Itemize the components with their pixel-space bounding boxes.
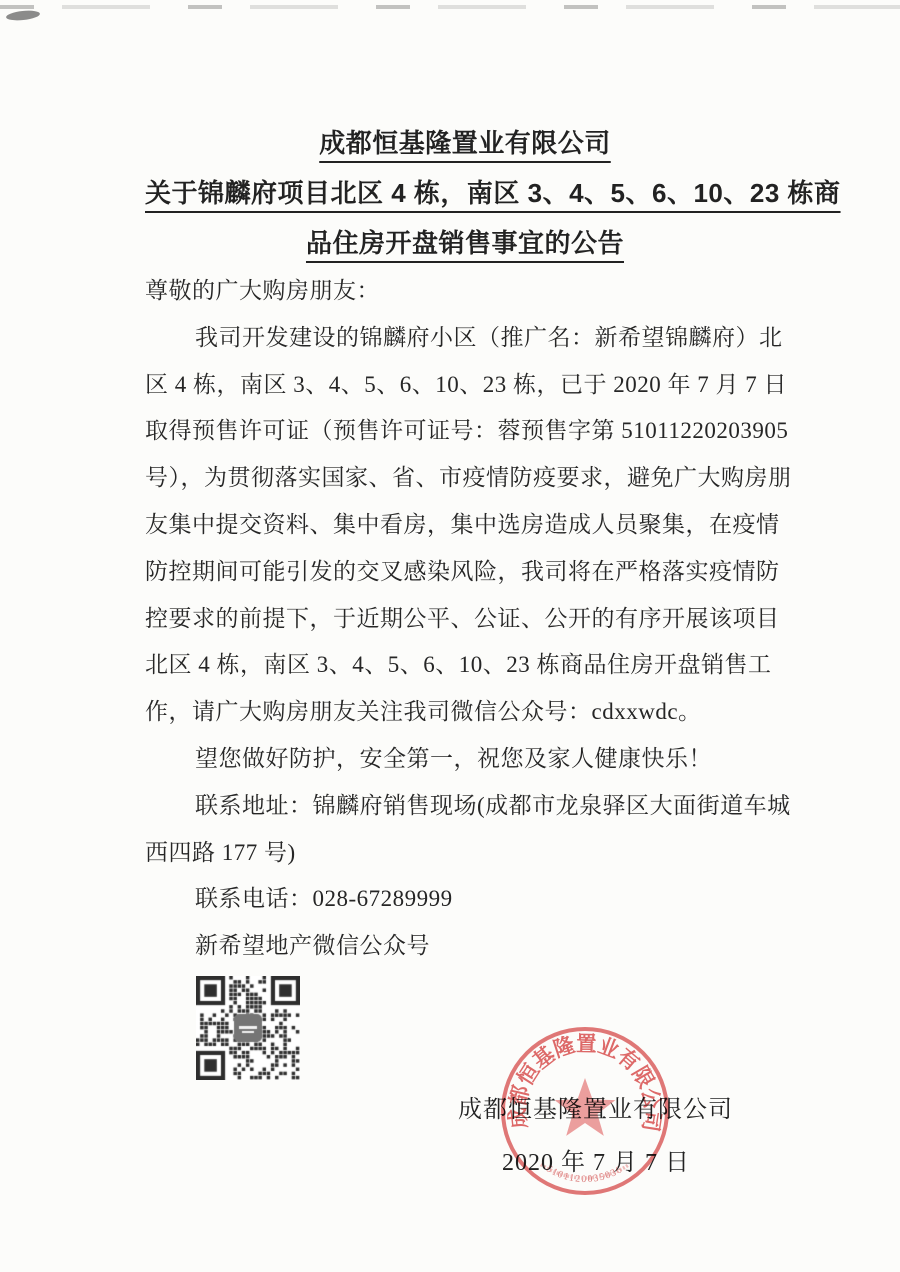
heading-company-line: 成都恒基隆置业有限公司	[145, 118, 785, 168]
document-paragraphs: 尊敬的广大购房朋友： 我司开发建设的锦麟府小区（推广名：新希望锦麟府）北 区 4…	[145, 268, 785, 970]
document-heading: 成都恒基隆置业有限公司 关于锦麟府项目北区 4 栋，南区 3、4、5、6、10、…	[145, 118, 785, 268]
body-line: 取得预售许可证（预售许可证号：蓉预售字第 51011220203905	[145, 408, 785, 455]
body-line: 区 4 栋，南区 3、4、5、6、10、23 栋，已于 2020 年 7 月 7…	[145, 362, 785, 409]
wechat-public-account-qr-code	[196, 976, 300, 1080]
signature-company-name: 成都恒基隆置业有限公司	[458, 1089, 733, 1124]
body-line: 友集中提交资料、集中看房，集中选房造成人员聚集，在疫情	[145, 502, 785, 549]
salutation-line: 尊敬的广大购房朋友：	[145, 268, 785, 315]
body-line: 控要求的前提下，于近期公平、公证、公开的有序开展该项目	[145, 596, 785, 643]
signature-date: 2020 年 7 月 7 日	[502, 1142, 690, 1177]
document-body: 成都恒基隆置业有限公司 关于锦麟府项目北区 4 栋，南区 3、4、5、6、10、…	[145, 118, 785, 970]
contact-address-line: 联系地址：锦麟府销售现场(成都市龙泉驿区大面街道车城	[145, 783, 785, 830]
heading-subject-line-1: 关于锦麟府项目北区 4 栋，南区 3、4、5、6、10、23 栋商	[145, 168, 785, 218]
heading-subject-line-2: 品住房开盘销售事宜的公告	[145, 218, 785, 268]
contact-address-line-2: 西四路 177 号)	[145, 830, 785, 877]
scanner-corner-artifact	[6, 9, 41, 22]
wishes-line: 望您做好防护，安全第一，祝您及家人健康快乐！	[145, 736, 785, 783]
scanner-edge-artifact	[0, 5, 900, 9]
body-line: 北区 4 栋，南区 3、4、5、6、10、23 栋商品住房开盘销售工	[145, 642, 785, 689]
scanned-announcement-page: 成都恒基隆置业有限公司 关于锦麟府项目北区 4 栋，南区 3、4、5、6、10、…	[0, 0, 900, 1272]
body-line: 作，请广大购房朋友关注我司微信公众号：cdxxwdc。	[145, 689, 785, 736]
body-line: 防控期间可能引发的交叉感染风险，我司将在严格落实疫情防	[145, 549, 785, 596]
body-line: 我司开发建设的锦麟府小区（推广名：新希望锦麟府）北	[145, 315, 785, 362]
qr-caption-line: 新希望地产微信公众号	[145, 923, 785, 970]
contact-phone-line: 联系电话：028-67289999	[145, 876, 785, 923]
body-line: 号），为贯彻落实国家、省、市疫情防疫要求，避免广大购房朋	[145, 455, 785, 502]
